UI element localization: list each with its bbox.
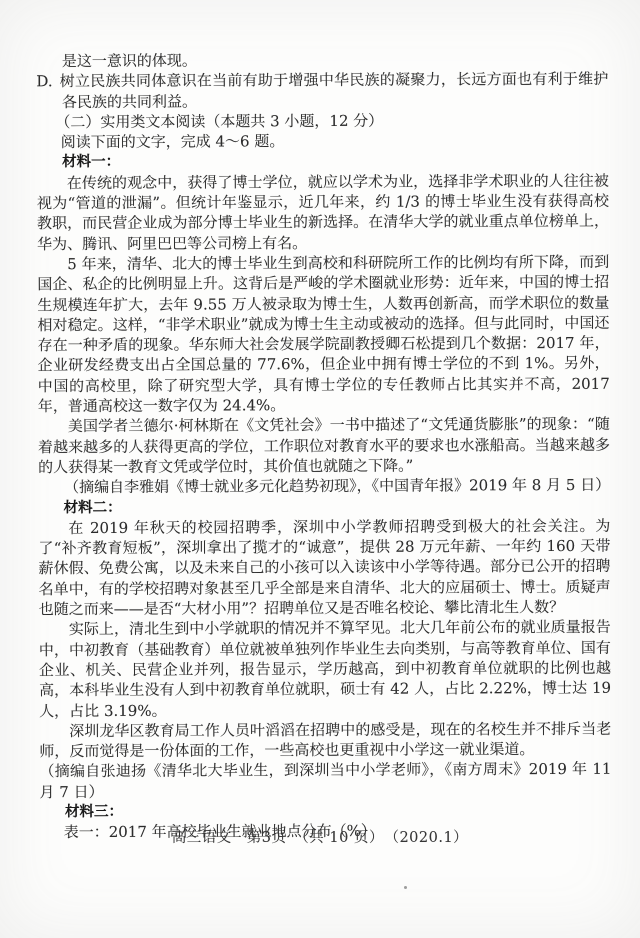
option-d-text: 树立民族共同体意识在当前有助于增强中华民族的凝聚力，长远方面也有利于维护各民族的… bbox=[59, 70, 608, 111]
option-d-label: D. bbox=[36, 72, 52, 90]
material-1-heading: 材料一： bbox=[37, 150, 609, 173]
page-text-block: 是这一意识的体现。 D.树立民族共同体意识在当前有助于增强中华民族的凝聚力，长远… bbox=[36, 49, 611, 843]
material-1-paragraph-2: 5 年来，清华、北大的博士毕业生到高校和科研院所工作的比例均有所下降，而到国企、… bbox=[37, 252, 610, 417]
material-3-heading: 材料三： bbox=[40, 800, 612, 823]
section-2-heading: （二）实用类文本阅读（本题共 3 小题，12 分） bbox=[37, 110, 609, 133]
page-footer: 高三语文 第3页 （共 10 页） （2020.1） bbox=[0, 826, 640, 847]
material-1-paragraph-3: 美国学者兰德尔·柯林斯在《文凭社会》一书中描述了“文凭通货膨胀”的现象：“随着越… bbox=[38, 414, 610, 477]
material-1-source: （摘编自李雅娟《博士就业多元化趋势初现》，《中国青年报》2019 年 8 月 5… bbox=[38, 475, 610, 498]
exam-paper-page: 是这一意识的体现。 D.树立民族共同体意识在当前有助于增强中华民族的凝聚力，长远… bbox=[0, 0, 640, 938]
material-2-paragraph-2: 实际上，清北生到中小学就职的情况并不算罕见。北大几年前公布的就业质量报告中，中初… bbox=[39, 617, 611, 721]
material-2-heading: 材料二： bbox=[38, 495, 610, 518]
previous-option-continuation: 是这一意识的体现。 bbox=[36, 49, 608, 72]
material-1-paragraph-1: 在传统的观念中，获得了博士学位，就应以学术为业，选择非学术职业的人往往被视为“管… bbox=[37, 171, 609, 255]
material-2-source: （摘编自张迪扬《清华北大毕业生，到深圳当中小学老师》，《南方周末》2019 年 … bbox=[39, 759, 611, 802]
option-d: D.树立民族共同体意识在当前有助于增强中华民族的凝聚力，长远方面也有利于维护各民… bbox=[36, 69, 608, 112]
scan-artifact-dot bbox=[404, 886, 407, 889]
reading-instruction: 阅读下面的文字，完成 4～6 题。 bbox=[37, 130, 609, 153]
material-2-paragraph-3: 深圳龙华区教育局工作人员叶滔滔在招聘中的感受是，现在的名校生并不排斥当老师，反而… bbox=[39, 719, 611, 762]
material-2-paragraph-1: 在 2019 年秋天的校园招聘季，深圳中小学教师招聘受到极大的社会关注。为了“补… bbox=[38, 516, 610, 620]
